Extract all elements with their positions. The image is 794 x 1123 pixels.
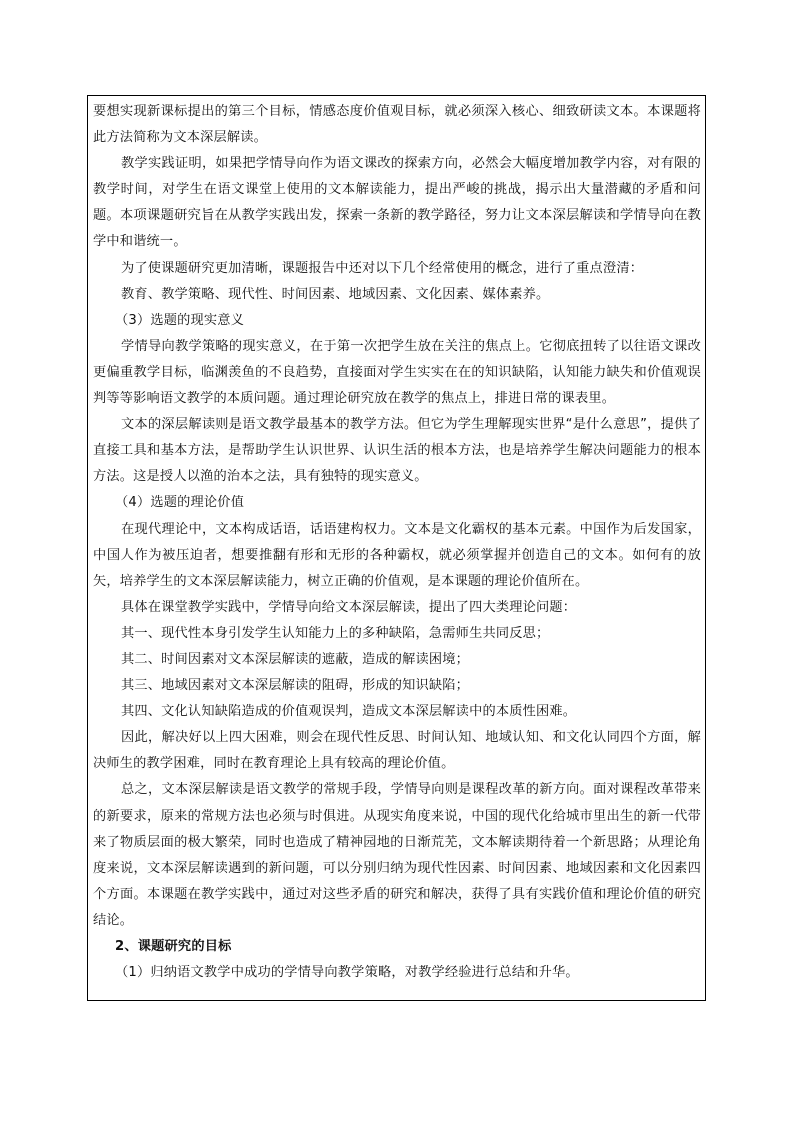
paragraph-concepts-list: 教育、教学策略、现代性、时间因素、地域因素、文化因素、媒体素养。 (93, 282, 701, 308)
goal-item-1: （1）归纳语文教学中成功的学情导向教学策略，对教学经验进行总结和升华。 (93, 960, 701, 986)
document-body: 要想实现新课标提出的第三个目标，情感态度价值观目标，就必须深入核心、细致研读文本… (93, 99, 701, 986)
paragraph-practical-2: 文本的深层解读则是语文教学最基本的教学方法。但它为学生理解现实世界“是什么意思”… (93, 412, 701, 490)
paragraph-therefore: 因此，解决好以上四大困难，则会在现代性反思、时间认知、地域认知、和文化认同四个方… (93, 725, 701, 777)
paragraph-intro-continued: 要想实现新课标提出的第三个目标，情感态度价值观目标，就必须深入核心、细致研读文本… (93, 99, 701, 151)
document-table-cell: 要想实现新课标提出的第三个目标，情感态度价值观目标，就必须深入核心、细致研读文本… (87, 95, 706, 1001)
section-heading-research-goals: 2、课题研究的目标 (93, 934, 701, 960)
list-item-problem-4: 其四、文化认知缺陷造成的价值观误判，造成文本深层解读中的本质性困难。 (93, 699, 701, 725)
paragraph-four-problems-intro: 具体在课堂教学实践中，学情导向给文本深层解读，提出了四大类理论问题： (93, 595, 701, 621)
list-item-problem-1: 其一、现代性本身引发学生认知能力上的多种缺陷，急需师生共同反思； (93, 621, 701, 647)
paragraph-concepts-intro: 为了使课题研究更加清晰，课题报告中还对以下几个经常使用的概念，进行了重点澄清： (93, 256, 701, 282)
list-item-problem-3: 其三、地域因素对文本深层解读的阻碍，形成的知识缺陷； (93, 673, 701, 699)
paragraph-teaching-practice: 教学实践证明，如果把学情导向作为语文课改的探索方向，必然会大幅度增加教学内容，对… (93, 151, 701, 255)
paragraph-practical-1: 学情导向教学策略的现实意义，在于第一次把学生放在关注的焦点上。它彻底扭转了以往语… (93, 334, 701, 412)
paragraph-conclusion: 总之，文本深层解读是语文教学的常规手段，学情导向则是课程改革的新方向。面对课程改… (93, 777, 701, 934)
subheading-practical-significance: （3）选题的现实意义 (93, 308, 701, 334)
paragraph-theoretical-1: 在现代理论中，文本构成话语，话语建构权力。文本是文化霸权的基本元素。中国作为后发… (93, 517, 701, 595)
subheading-theoretical-value: （4）选题的理论价值 (93, 490, 701, 516)
list-item-problem-2: 其二、时间因素对文本深层解读的遮蔽，造成的解读困境； (93, 647, 701, 673)
